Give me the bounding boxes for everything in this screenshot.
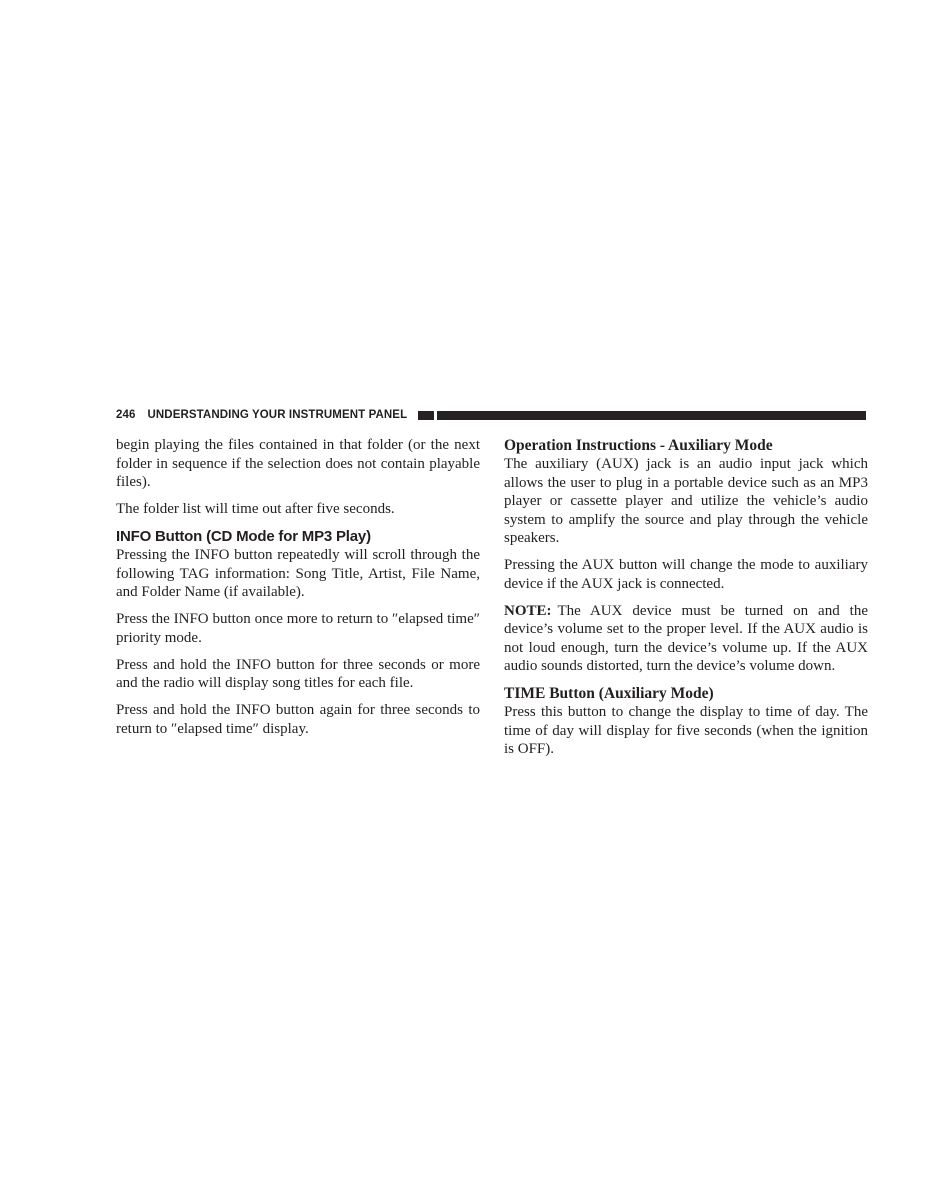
page-number: 246 <box>116 409 136 421</box>
paragraph-info-tag-scroll: Pressing the INFO button repeatedly will… <box>116 546 480 602</box>
header-bar-rule <box>437 411 866 420</box>
paragraph-info-press-hold: Press and hold the INFO button for three… <box>116 656 480 693</box>
paragraph-time-button: Press this button to change the display … <box>504 703 868 759</box>
note-text: The AUX device must be turned on and the… <box>504 603 868 675</box>
heading-info-button: INFO Button (CD Mode for MP3 Play) <box>116 527 480 546</box>
manual-page: 246 UNDERSTANDING YOUR INSTRUMENT PANEL … <box>0 0 927 1200</box>
paragraph-info-press-hold-again: Press and hold the INFO button again for… <box>116 701 480 738</box>
header-bar-notch <box>418 411 434 420</box>
right-column: Operation Instructions - Auxiliary Mode … <box>504 436 868 759</box>
page-header: 246 UNDERSTANDING YOUR INSTRUMENT PANEL <box>116 407 866 423</box>
paragraph-aux-button-mode: Pressing the AUX button will change the … <box>504 556 868 593</box>
paragraph-aux-jack-description: The auxiliary (AUX) jack is an audio inp… <box>504 455 868 548</box>
page-title: UNDERSTANDING YOUR INSTRUMENT PANEL <box>148 409 408 421</box>
heading-time-button-aux: TIME Button (Auxiliary Mode) <box>504 684 868 703</box>
note-paragraph: NOTE:The AUX device must be turned on an… <box>504 602 868 676</box>
left-column: begin playing the files contained in tha… <box>116 436 480 738</box>
paragraph-folder-timeout: The folder list will time out after five… <box>116 500 480 519</box>
heading-operation-instructions-aux: Operation Instructions - Auxiliary Mode <box>504 436 868 455</box>
paragraph-info-elapsed-time: Press the INFO button once more to retur… <box>116 610 480 647</box>
note-label: NOTE: <box>504 603 552 619</box>
paragraph-folder-playback: begin playing the files contained in tha… <box>116 436 480 492</box>
